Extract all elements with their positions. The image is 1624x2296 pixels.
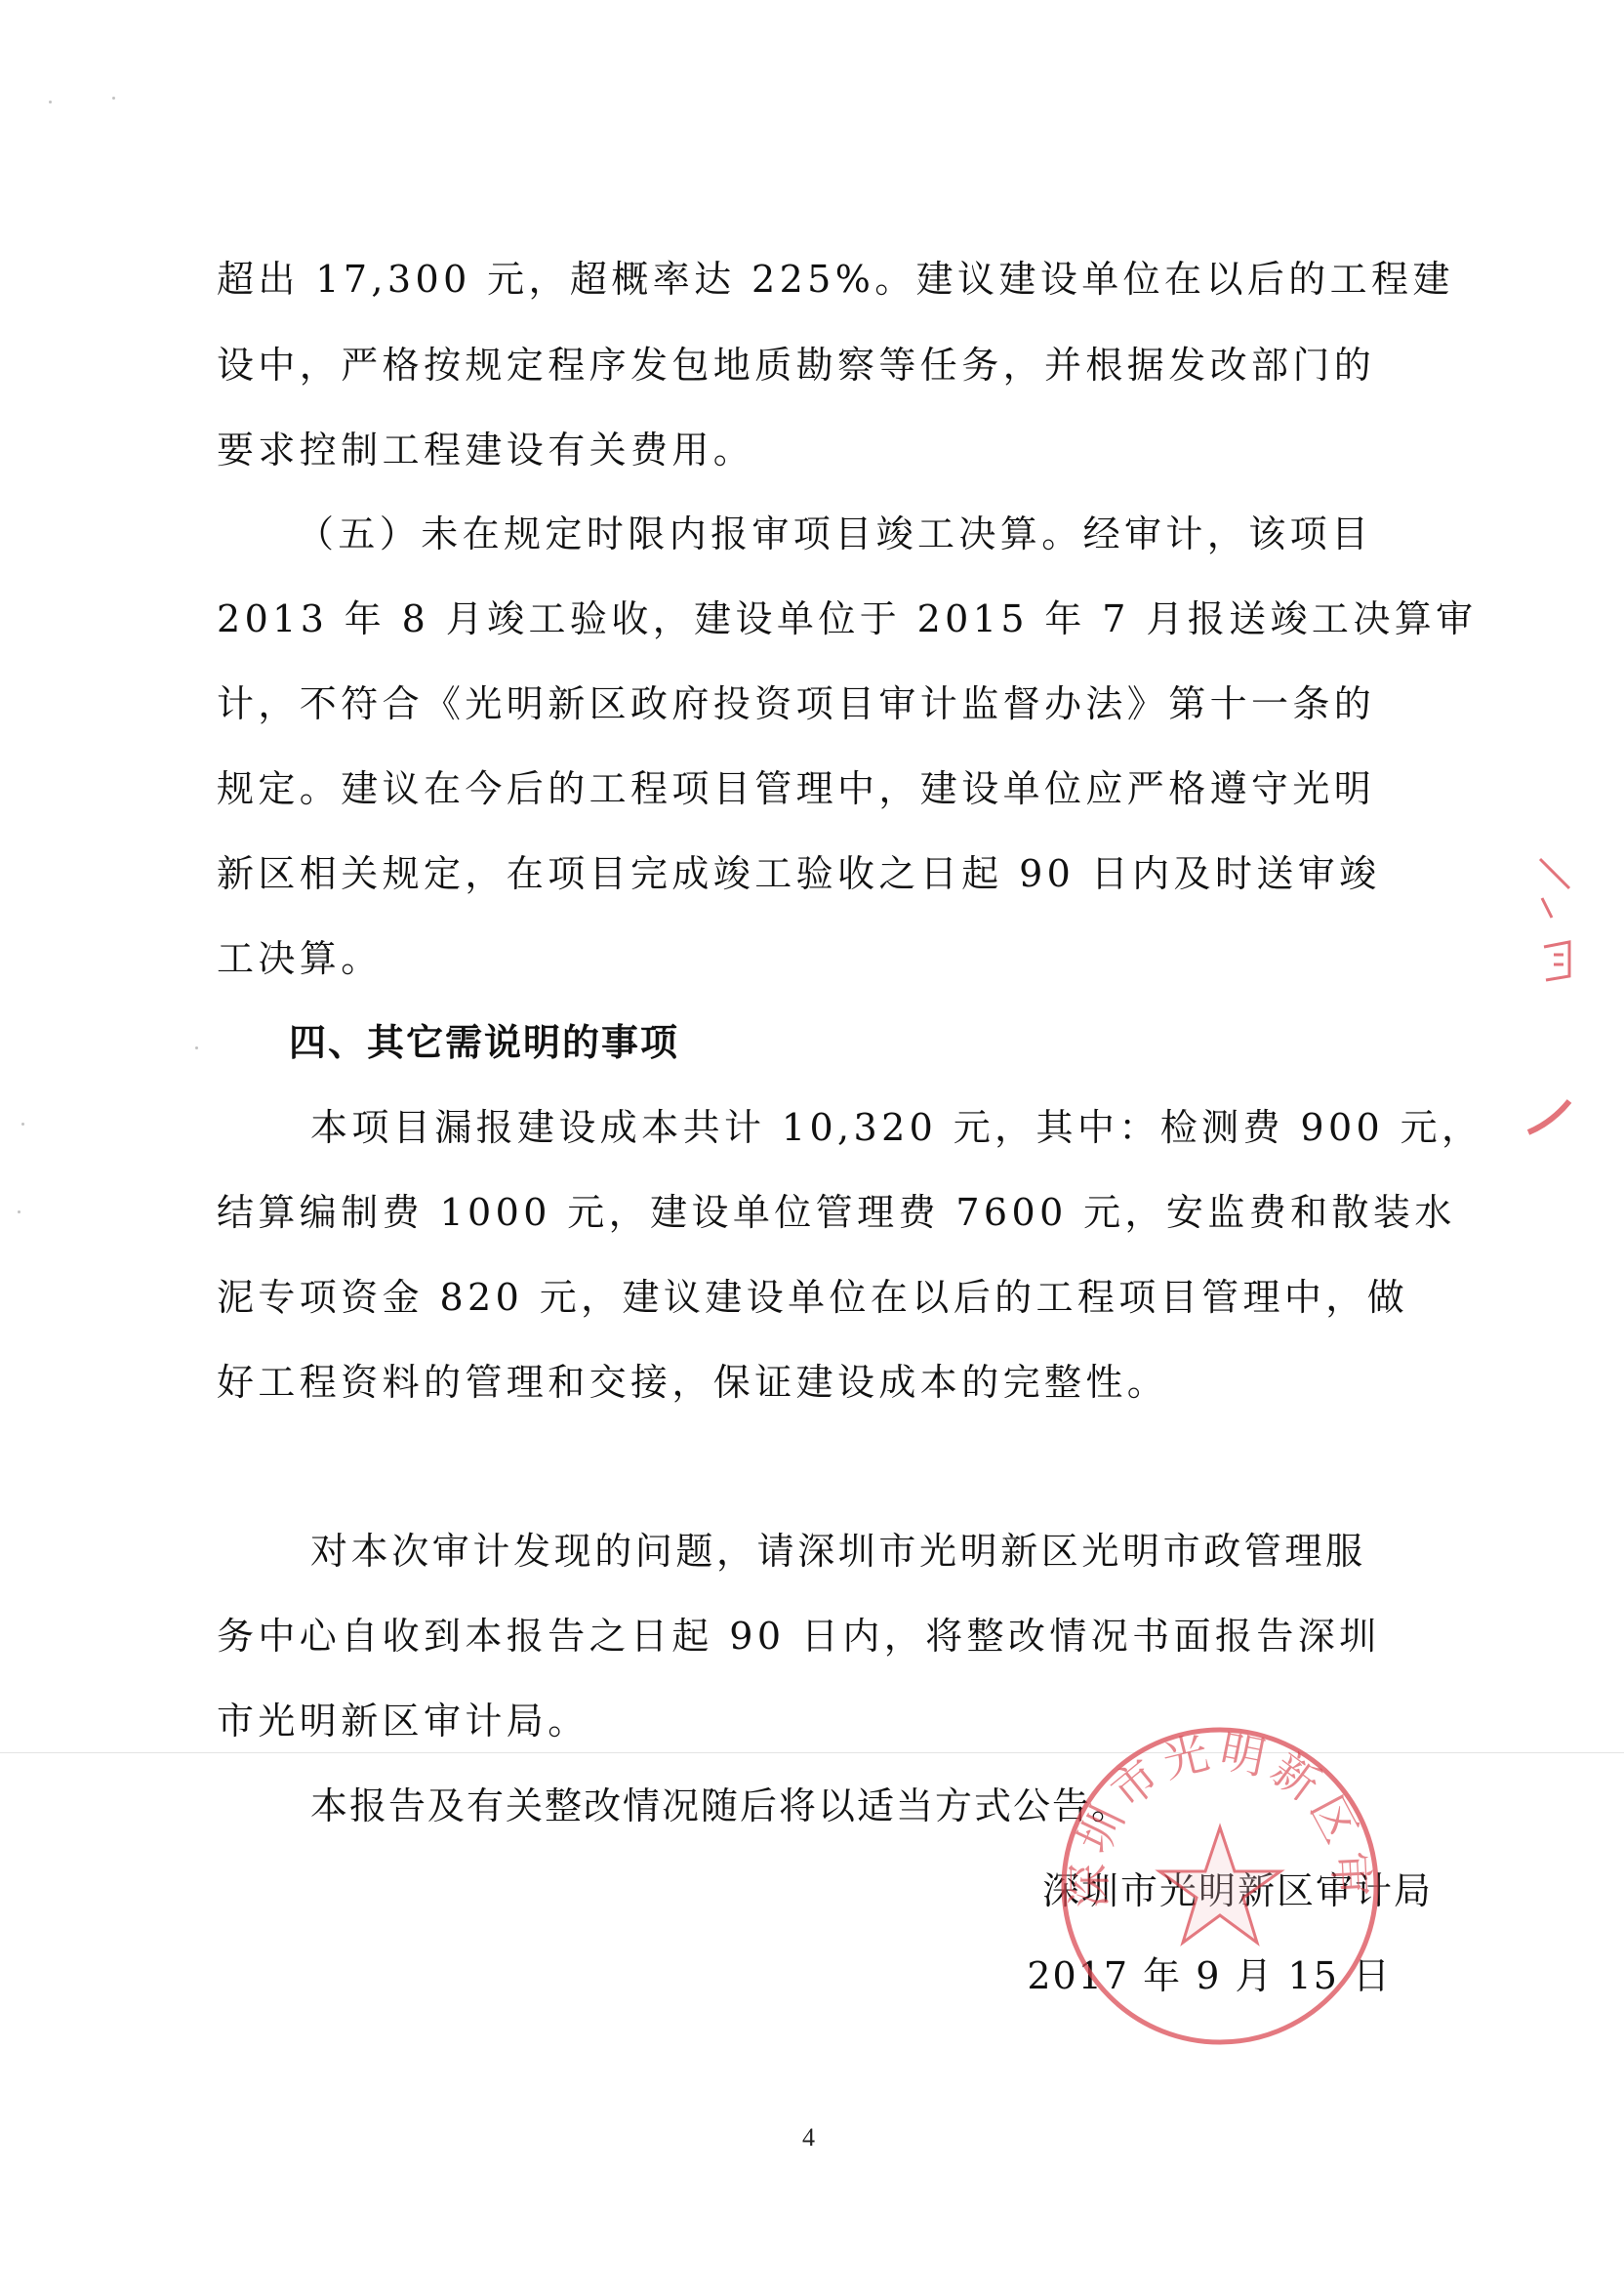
signature-organization: 深圳市光明新区审计局 [1042, 1867, 1433, 1914]
paragraph-3-line: 好工程资料的管理和交接，保证建设成本的完整性。 [217, 1359, 1168, 1406]
paragraph-2-line: 计，不符合《光明新区政府投资项目审计监督办法》第十一条的 [217, 680, 1375, 727]
paragraph-4-line: 市光明新区审计局。 [217, 1698, 589, 1744]
scan-artifact [18, 1210, 20, 1213]
paragraph-2-line: 新区相关规定，在项目完成竣工验收之日起 90 日内及时送审竣 [217, 850, 1381, 897]
paragraph-3-line: 泥专项资金 820 元，建议建设单位在以后的工程项目管理中，做 [217, 1274, 1408, 1321]
paragraph-1-line: 设中，严格按规定程序发包地质勘察等任务，并根据发改部门的 [217, 342, 1375, 389]
paragraph-2-line: 规定。建议在今后的工程项目管理中，建设单位应严格遵守光明 [217, 765, 1375, 812]
paragraph-3-line: 结算编制费 1000 元，建设单位管理费 7600 元，安监费和散装水 [217, 1189, 1456, 1236]
scan-artifact [49, 101, 52, 103]
section-heading: 四、其它需说明的事项 [289, 1019, 679, 1066]
scan-artifact [112, 97, 115, 100]
paragraph-2-line: 工决算。 [217, 935, 383, 982]
paragraph-5-line: 本报告及有关整改情况随后将以适当方式公告。 [310, 1783, 1130, 1829]
scan-artifact [195, 1046, 198, 1049]
paragraph-1-line: 要求控制工程建设有关费用。 [217, 427, 754, 473]
paragraph-2-line: 2013 年 8 月竣工验收，建设单位于 2015 年 7 月报送竣工决算审 [217, 595, 1478, 642]
signature-date: 2017 年 9 月 15 日 [1027, 1952, 1392, 1999]
paragraph-2-line: （五）未在规定时限内报审项目竣工决算。经审计，该项目 [297, 511, 1372, 557]
paragraph-1-line: 超出 17,300 元，超概率达 225%。建议建设单位在以后的工程建 [217, 256, 1454, 303]
paragraph-4-line: 对本次审计发现的问题，请深圳市光明新区光明市政管理服 [310, 1528, 1366, 1575]
paragraph-3-line: 本项目漏报建设成本共计 10,320 元，其中：检测费 900 元， [310, 1104, 1482, 1151]
document-page: 超出 17,300 元，超概率达 225%。建议建设单位在以后的工程建 设中，严… [0, 0, 1624, 2296]
scan-line [0, 1752, 1624, 1753]
scan-artifact [21, 1123, 24, 1126]
partial-seal-icon [1522, 840, 1624, 1152]
paragraph-4-line: 务中心自收到本报告之日起 90 日内，将整改情况书面报告深圳 [217, 1613, 1381, 1660]
page-number: 4 [802, 2123, 815, 2152]
